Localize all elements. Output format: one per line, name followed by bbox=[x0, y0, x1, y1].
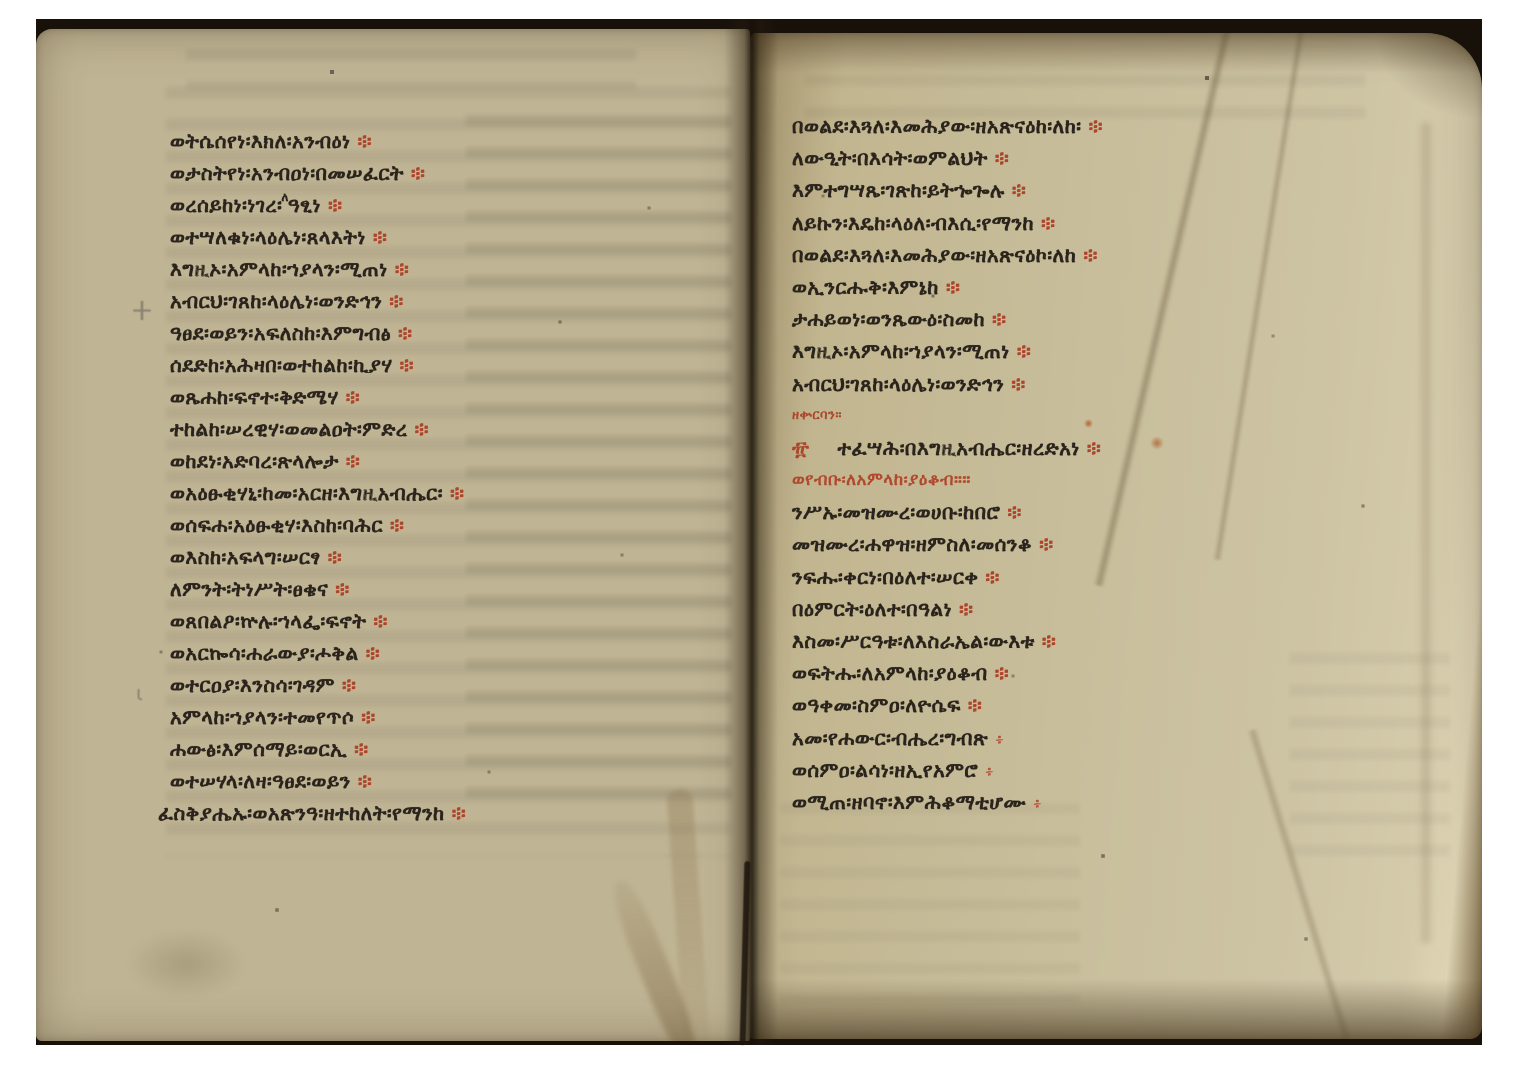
text-line: ወአርኰሳ፡ሐራውያ፡ሖቅል፨ bbox=[170, 637, 745, 669]
verse-divider-mark: ፨ bbox=[946, 275, 961, 299]
verse-divider-mark: ፨ bbox=[373, 225, 388, 249]
right-text-column: በወልደ፡እጓለ፡እመሕያው፡ዘአጽናዕከ፡ለከ፡፨ለውዒት፡በእሳት፡ወምልህ… bbox=[792, 110, 1464, 818]
line-text: ወየብቡ፡ለአምላከ፡ያዕቆብ።። bbox=[792, 470, 971, 490]
text-line: ወአዕፁቂሃኒ፡ከመ፡አርዘ፡እግዚአብሔር፡፨ bbox=[170, 477, 745, 509]
verse-divider-mark: ፨ bbox=[1012, 178, 1027, 202]
verse-divider-mark: ፨ bbox=[395, 257, 410, 281]
line-text: በወልደ፡እጓለ፡እመሕያው፡ዘአጽናዕከ፡ለከ፡ bbox=[792, 114, 1082, 138]
text-line: በዕምርት፡ዕለተ፡በዓልነ፨ bbox=[792, 593, 1464, 625]
line-text: ዓፂነ bbox=[288, 193, 321, 217]
line-text: ወሚጠ፡ዘባኖ፡እምሕቆማቲሆሙ bbox=[792, 790, 1026, 814]
line-text: ወሰፍሐ፡አዕፁቂሃ፡እስከ፡ባሕር bbox=[170, 513, 383, 537]
line-text: በዕምርት፡ዕለተ፡በዓልነ bbox=[792, 597, 952, 621]
line-text: አብርህ፡ገጸከ፡ላዕሌነ፡ወንድኅን bbox=[170, 289, 382, 313]
text-line: ንፍሑ፡ቀርነ፡በዕለተ፡ሠርቀ፨ bbox=[792, 561, 1464, 593]
verse-divider-mark: ፨ bbox=[358, 769, 373, 793]
book-gutter bbox=[724, 19, 778, 1045]
left-page: ⵜ ι ወትሴሰየነ፡እክለ፡አንብዕነ፨ወታስትየነ፡አንብዐነ፡በመሠፈርት… bbox=[36, 29, 750, 1041]
manuscript-scan: ⵜ ι ወትሴሰየነ፡እክለ፡አንብዕነ፨ወታስትየነ፡አንብዐነ፡በመሠፈርት… bbox=[0, 0, 1515, 1071]
verse-divider-mark: ፨ bbox=[335, 577, 350, 601]
interlinear-correction: ለ bbox=[281, 190, 289, 204]
ink-specks bbox=[36, 29, 38, 31]
line-text: አብርህ፡ገጸከ፡ላዕሌነ፡ወንድኅን bbox=[792, 372, 1004, 396]
text-line: ተከልከ፡ሠረዊሃ፡ወመልዐት፡ምድረ፨ bbox=[170, 413, 745, 445]
verse-divider-mark: ፨ bbox=[346, 385, 361, 409]
verse-divider-mark: ፨ bbox=[361, 705, 376, 729]
line-text: ወእስከ፡አፍላግ፡ሠርፃ bbox=[170, 545, 321, 569]
line-text: ወተሣለቁነ፡ላዕሌነ፡ጸላእትነ bbox=[170, 225, 366, 249]
line-text: ወታስትየነ፡አንብዐነ፡በመሠፈርት bbox=[170, 161, 404, 185]
text-line: ሰደድከ፡አሕዛበ፡ወተከልከ፡ኪያሃ፨ bbox=[170, 349, 745, 381]
text-line: አመ፡የሐውር፡ብሔረ፡ግብጽ፥ bbox=[792, 722, 1464, 754]
line-text: ሐውፅ፡እምሰማይ፡ወርኢ bbox=[170, 737, 347, 761]
text-line: ወየብቡ፡ለአምላከ፡ያዕቆብ።። bbox=[792, 464, 1464, 496]
verse-divider-mark: ፨ bbox=[354, 737, 369, 761]
text-line: ታሐይወነ፡ወንጼውዕ፡ስመከ፨ bbox=[792, 303, 1464, 335]
verse-divider-mark: ፨ bbox=[328, 193, 343, 217]
text-line: ፹ተፈሣሕ፡በእግዚአብሔር፡ዘረድአነ፨ bbox=[792, 432, 1464, 464]
line-text: ወረሰይከነ፡ነገረ፡ bbox=[170, 193, 282, 217]
verse-divider-mark: ፨ bbox=[452, 801, 467, 825]
text-line: ለምንት፡ትነሥት፡ፀቄና፨ bbox=[170, 573, 745, 605]
text-line: እስመ፡ሥርዓቱ፡ለእስራኤል፡ውእቱ፨ bbox=[792, 625, 1464, 657]
verse-divider-mark: ፨ bbox=[357, 129, 372, 153]
line-text: ወሰምዐ፡ልሳነ፡ዘኢየአምሮ bbox=[792, 758, 978, 782]
text-line: ወዓቀመ፡ስምዐ፡ለዮሴፍ፨ bbox=[792, 689, 1464, 721]
verse-divider-mark: ፨ bbox=[959, 597, 974, 621]
line-text: ንሥኡ፡መዝሙረ፡ወሀቡ፡ከበሮ bbox=[792, 500, 1000, 524]
text-line: ወተሠሃላ፡ለዛ፡ዓፀደ፡ወይን፨ bbox=[170, 765, 745, 797]
text-line: ወረሰይከነ፡ነገረ፡ለዓፂነ፨ bbox=[170, 189, 745, 221]
text-line: ወከደነ፡አድባረ፡ጽላሎታ፨ bbox=[170, 445, 745, 477]
text-line: ሐውፅ፡እምሰማይ፡ወርኢ፨ bbox=[170, 733, 745, 765]
line-text: ለይኩን፡እዴከ፡ላዕለ፡ብእሲ፡የማንከ bbox=[792, 211, 1034, 235]
line-text: ለውዒት፡በእሳት፡ወምልህት bbox=[792, 146, 988, 170]
line-text: ዓፀደ፡ወይን፡አፍለስከ፡እምግብፅ bbox=[170, 321, 391, 345]
line-text: ወአዕፁቂሃኒ፡ከመ፡አርዘ፡እግዚአብሔር፡ bbox=[170, 481, 443, 505]
text-line: ወትሴሰየነ፡እክለ፡አንብዕነ፨ bbox=[170, 125, 745, 157]
verse-divider-mark: ፨ bbox=[995, 661, 1010, 685]
line-text: እስመ፡ሥርዓቱ፡ለእስራኤል፡ውእቱ bbox=[792, 629, 1035, 653]
text-line: በወልደ፡እጓለ፡እመሕያው፡ዘአጽናዕኮ፡ለከ፨ bbox=[792, 239, 1464, 271]
text-line: ለይኩን፡እዴከ፡ላዕለ፡ብእሲ፡የማንከ፨ bbox=[792, 207, 1464, 239]
line-text: ወጼሐከ፡ፍኖተ፡ቅድሜሃ bbox=[170, 385, 339, 409]
line-text: ፈስቅያሔኡ፡ወአጽንዓ፡ዘተከለት፡የማንከ bbox=[158, 801, 445, 825]
text-line: ለውዒት፡በእሳት፡ወምልህት፨ bbox=[792, 142, 1464, 174]
text-line: እምተግሣጼ፡ገጽከ፡ይትኈጐሉ፨ bbox=[792, 174, 1464, 206]
verse-divider-mark: ፨ bbox=[968, 693, 983, 717]
verse-divider-mark: ፨ bbox=[1042, 629, 1057, 653]
line-text: ወጸበልዖ፡ኵሉ፡ኀላፌ፡ፍኖት bbox=[170, 609, 366, 633]
text-line: መዝሙረ፡ሐዋዝ፡ዘምስለ፡መሰንቆ፨ bbox=[792, 528, 1464, 560]
text-line: እግዚኦ፡አምላከ፡ኀያላን፡ሚጠነ፨ bbox=[170, 253, 745, 285]
text-line: ፈስቅያሔኡ፡ወአጽንዓ፡ዘተከለት፡የማንከ፨ bbox=[158, 797, 745, 829]
line-text: አምላከ፡ኀያላን፡ተመየጥሶ bbox=[170, 705, 354, 729]
verse-divider-mark: ፨ bbox=[985, 565, 1000, 589]
line-text: ለምንት፡ትነሥት፡ፀቄና bbox=[170, 577, 328, 601]
verse-divider-mark: ፨ bbox=[398, 321, 413, 345]
bleedthrough-text bbox=[186, 49, 636, 89]
verse-divider-mark: ፨ bbox=[1039, 532, 1054, 556]
text-line: ወእስከ፡አፍላግ፡ሠርፃ፨ bbox=[170, 541, 745, 573]
scanner-background: ⵜ ι ወትሴሰየነ፡እክለ፡አንብዕነ፨ወታስትየነ፡አንብዐነ፡በመሠፈርት… bbox=[36, 19, 1482, 1045]
text-line: ንሥኡ፡መዝሙረ፡ወሀቡ፡ከበሮ፨ bbox=[792, 496, 1464, 528]
text-line: ወሰፍሐ፡አዕፁቂሃ፡እስከ፡ባሕር፨ bbox=[170, 509, 745, 541]
verse-divider-mark: ፥ bbox=[1033, 794, 1042, 813]
verse-divider-mark: ፨ bbox=[342, 673, 357, 697]
line-text: መዝሙረ፡ሐዋዝ፡ዘምስለ፡መሰንቆ bbox=[792, 532, 1032, 556]
line-text: ወፍትሑ፡ለአምላከ፡ያዕቆብ bbox=[792, 661, 988, 685]
text-line: ወተሣለቁነ፡ላዕሌነ፡ጸላእትነ፨ bbox=[170, 221, 745, 253]
text-line: አምላከ፡ኀያላን፡ተመየጥሶ፨ bbox=[170, 701, 745, 733]
verse-divider-mark: ፥ bbox=[995, 730, 1004, 749]
right-page: በወልደ፡እጓለ፡እመሕያው፡ዘአጽናዕከ፡ለከ፡፨ለውዒት፡በእሳት፡ወምልህ… bbox=[750, 33, 1482, 1039]
text-line: እግዚኦ፡አምላከ፡ኀያላን፡ሚጠነ፨ bbox=[792, 335, 1464, 367]
verse-divider-mark: ፨ bbox=[1041, 211, 1056, 235]
verse-divider-mark: ፨ bbox=[995, 146, 1010, 170]
line-text: ወኢንርሑቅ፡እምኔከ bbox=[792, 275, 939, 299]
text-line: ዘቍርባን። bbox=[792, 400, 1464, 432]
line-text: እግዚኦ፡አምላከ፡ኀያላን፡ሚጠነ bbox=[170, 257, 388, 281]
text-line: ወተርዐያ፡እንስሳ፡ገዳም፨ bbox=[170, 669, 745, 701]
verse-divider-mark: ፥ bbox=[985, 762, 994, 781]
line-text: ታሐይወነ፡ወንጼውዕ፡ስመከ bbox=[792, 307, 985, 331]
line-text: አመ፡የሐውር፡ብሔረ፡ግብጽ bbox=[792, 726, 988, 750]
line-text: እግዚኦ፡አምላከ፡ኀያላን፡ሚጠነ bbox=[792, 339, 1010, 363]
text-line: ወሚጠ፡ዘባኖ፡እምሕቆማቲሆሙ፥ bbox=[792, 786, 1464, 818]
stain bbox=[606, 876, 705, 1041]
line-text: ሰደድከ፡አሕዛበ፡ወተከልከ፡ኪያሃ bbox=[170, 353, 393, 377]
psalm-number: ፹ bbox=[792, 436, 809, 460]
line-text: ተፈሣሕ፡በእግዚአብሔር፡ዘረድአነ bbox=[837, 436, 1079, 460]
text-line: ወጼሐከ፡ፍኖተ፡ቅድሜሃ፨ bbox=[170, 381, 745, 413]
text-line: ወጸበልዖ፡ኵሉ፡ኀላፌ፡ፍኖት፨ bbox=[170, 605, 745, 637]
line-text: እምተግሣጼ፡ገጽከ፡ይትኈጐሉ bbox=[792, 178, 1005, 202]
line-text: ዘቍርባን። bbox=[792, 408, 842, 423]
line-text: ወተሠሃላ፡ለዛ፡ዓፀደ፡ወይን bbox=[170, 769, 351, 793]
verse-divider-mark: ፨ bbox=[1083, 243, 1098, 267]
text-line: ወሰምዐ፡ልሳነ፡ዘኢየአምሮ፥ bbox=[792, 754, 1464, 786]
line-text: ወዓቀመ፡ስምዐ፡ለዮሴፍ bbox=[792, 693, 961, 717]
margin-mark: ι bbox=[136, 681, 143, 705]
verse-divider-mark: ፨ bbox=[411, 161, 426, 185]
verse-divider-mark: ፨ bbox=[328, 545, 343, 569]
left-text-column: ወትሴሰየነ፡እክለ፡አንብዕነ፨ወታስትየነ፡አንብዐነ፡በመሠፈርት፨ወረሰ… bbox=[170, 125, 745, 829]
verse-divider-mark: ፨ bbox=[390, 513, 405, 537]
line-text: በወልደ፡እጓለ፡እመሕያው፡ዘአጽናዕኮ፡ለከ bbox=[792, 243, 1076, 267]
margin-mark: ⵜ bbox=[132, 297, 152, 327]
text-line: አብርህ፡ገጸከ፡ላዕሌነ፡ወንድኅን፨ bbox=[170, 285, 745, 317]
text-line: በወልደ፡እጓለ፡እመሕያው፡ዘአጽናዕከ፡ለከ፡፨ bbox=[792, 110, 1464, 142]
verse-divider-mark: ፨ bbox=[366, 641, 381, 665]
text-line: አብርህ፡ገጸከ፡ላዕሌነ፡ወንድኅን፨ bbox=[792, 368, 1464, 400]
verse-divider-mark: ፨ bbox=[373, 609, 388, 633]
verse-divider-mark: ፨ bbox=[389, 289, 404, 313]
text-line: ዓፀደ፡ወይን፡አፍለስከ፡እምግብፅ፨ bbox=[170, 317, 745, 349]
text-line: ወፍትሑ፡ለአምላከ፡ያዕቆብ፨ bbox=[792, 657, 1464, 689]
line-text: ተከልከ፡ሠረዊሃ፡ወመልዐት፡ምድረ bbox=[170, 417, 407, 441]
line-text: ወከደነ፡አድባረ፡ጽላሎታ bbox=[170, 449, 339, 473]
text-line: ወኢንርሑቅ፡እምኔከ፨ bbox=[792, 271, 1464, 303]
verse-divider-mark: ፨ bbox=[450, 481, 465, 505]
stain bbox=[126, 929, 246, 999]
line-text: ወተርዐያ፡እንስሳ፡ገዳም bbox=[170, 673, 335, 697]
line-text: ንፍሑ፡ቀርነ፡በዕለተ፡ሠርቀ bbox=[792, 565, 978, 589]
verse-divider-mark: ፨ bbox=[346, 449, 361, 473]
verse-divider-mark: ፨ bbox=[1017, 339, 1032, 363]
bleedthrough-text bbox=[780, 803, 1080, 1003]
verse-divider-mark: ፨ bbox=[1089, 114, 1104, 138]
verse-divider-mark: ፨ bbox=[1011, 372, 1026, 396]
verse-divider-mark: ፨ bbox=[992, 307, 1007, 331]
line-text: ወአርኰሳ፡ሐራውያ፡ሖቅል bbox=[170, 641, 359, 665]
verse-divider-mark: ፨ bbox=[1087, 436, 1102, 460]
verse-divider-mark: ፨ bbox=[1007, 500, 1022, 524]
verse-divider-mark: ፨ bbox=[400, 353, 415, 377]
verse-divider-mark: ፨ bbox=[414, 417, 429, 441]
line-text: ወትሴሰየነ፡እክለ፡አንብዕነ bbox=[170, 129, 350, 153]
text-line: ወታስትየነ፡አንብዐነ፡በመሠፈርት፨ bbox=[170, 157, 745, 189]
